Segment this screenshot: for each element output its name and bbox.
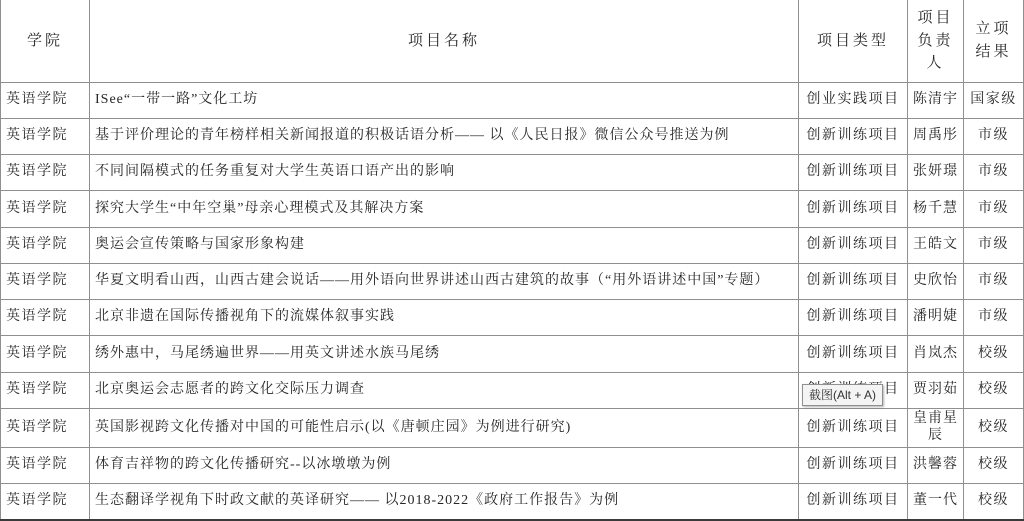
cell-project-name: 北京非遗在国际传播视角下的流媒体叙事实践 <box>90 300 799 336</box>
column-header-project-name: 项目名称 <box>90 0 799 82</box>
table-row: 英语学院 生态翻译学视角下时政文献的英译研究—— 以2018-2022《政府工作… <box>1 484 1024 520</box>
cell-result: 市级 <box>964 155 1024 191</box>
cell-project-name: 奥运会宣传策略与国家形象构建 <box>90 227 799 263</box>
cell-project-name: ISee“一带一路”文化工坊 <box>90 82 799 118</box>
cell-project-type: 创业实践项目 <box>799 82 908 118</box>
cell-result: 校级 <box>964 447 1024 483</box>
cell-leader: 张妍璟 <box>908 155 964 191</box>
cell-project-name: 华夏文明看山西，山西古建会说话——用外语向世界讲述山西古建筑的故事（“用外语讲述… <box>90 263 799 299</box>
cell-college: 英语学院 <box>1 263 90 299</box>
cell-project-type: 创新训练项目 <box>799 300 908 336</box>
cell-project-name: 体育吉祥物的跨文化传播研究--以冰墩墩为例 <box>90 447 799 483</box>
table-row: 英语学院 探究大学生“中年空巢”母亲心理模式及其解决方案 创新训练项目 杨千慧 … <box>1 191 1024 227</box>
cell-college: 英语学院 <box>1 484 90 520</box>
cell-college: 英语学院 <box>1 118 90 154</box>
page: 学院 项目名称 项目类型 项目负责人 立项结果 英语学院 ISee“一带一路”文… <box>0 0 1024 521</box>
cell-project-name: 基于评价理论的青年榜样相关新闻报道的积极话语分析—— 以《人民日报》微信公众号推… <box>90 118 799 154</box>
cell-college: 英语学院 <box>1 447 90 483</box>
cell-project-name: 绣外惠中，马尾绣遍世界——用英文讲述水族马尾绣 <box>90 336 799 372</box>
column-header-result: 立项结果 <box>964 0 1024 82</box>
cell-college: 英语学院 <box>1 155 90 191</box>
cell-project-type: 创新训练项目 <box>799 263 908 299</box>
table-header: 学院 项目名称 项目类型 项目负责人 立项结果 <box>1 0 1024 82</box>
cell-college: 英语学院 <box>1 336 90 372</box>
table-row: 英语学院 体育吉祥物的跨文化传播研究--以冰墩墩为例 创新训练项目 洪馨蓉 校级 <box>1 447 1024 483</box>
cell-result: 校级 <box>964 409 1024 448</box>
cell-college: 英语学院 <box>1 409 90 448</box>
cell-result: 市级 <box>964 191 1024 227</box>
cell-result: 市级 <box>964 300 1024 336</box>
table-body: 英语学院 ISee“一带一路”文化工坊 创业实践项目 陈清宇 国家级 英语学院 … <box>1 82 1024 520</box>
cell-college: 英语学院 <box>1 372 90 408</box>
cell-project-name: 英国影视跨文化传播对中国的可能性启示(以《唐顿庄园》为例进行研究) <box>90 409 799 448</box>
cell-project-type: 创新训练项目 <box>799 336 908 372</box>
column-header-leader: 项目负责人 <box>908 0 964 82</box>
cell-college: 英语学院 <box>1 191 90 227</box>
cell-leader: 董一代 <box>908 484 964 520</box>
projects-table: 学院 项目名称 项目类型 项目负责人 立项结果 英语学院 ISee“一带一路”文… <box>0 0 1024 521</box>
cell-leader: 潘明婕 <box>908 300 964 336</box>
cell-project-type: 创新训练项目 <box>799 191 908 227</box>
cell-leader: 贾羽茹 <box>908 372 964 408</box>
table-row: 英语学院 绣外惠中，马尾绣遍世界——用英文讲述水族马尾绣 创新训练项目 肖岚杰 … <box>1 336 1024 372</box>
cell-project-type: 创新训练项目 <box>799 484 908 520</box>
cell-leader: 史欣怡 <box>908 263 964 299</box>
cell-project-type: 创新训练项目 <box>799 155 908 191</box>
cell-project-name: 不同间隔模式的任务重复对大学生英语口语产出的影响 <box>90 155 799 191</box>
cell-result: 校级 <box>964 336 1024 372</box>
table-row: 英语学院 奥运会宣传策略与国家形象构建 创新训练项目 王皓文 市级 <box>1 227 1024 263</box>
cell-result: 国家级 <box>964 82 1024 118</box>
cell-leader: 皇甫星辰 <box>908 409 964 448</box>
cell-project-name: 探究大学生“中年空巢”母亲心理模式及其解决方案 <box>90 191 799 227</box>
column-header-project-type: 项目类型 <box>799 0 908 82</box>
column-header-college: 学院 <box>1 0 90 82</box>
cell-leader: 王皓文 <box>908 227 964 263</box>
table-row: 英语学院 基于评价理论的青年榜样相关新闻报道的积极话语分析—— 以《人民日报》微… <box>1 118 1024 154</box>
screenshot-tooltip: 截图(Alt + A) <box>802 384 883 406</box>
cell-project-type: 创新训练项目 <box>799 447 908 483</box>
cell-result: 市级 <box>964 263 1024 299</box>
cell-project-name: 生态翻译学视角下时政文献的英译研究—— 以2018-2022《政府工作报告》为例 <box>90 484 799 520</box>
cell-leader: 陈清宇 <box>908 82 964 118</box>
cell-leader: 洪馨蓉 <box>908 447 964 483</box>
cell-college: 英语学院 <box>1 300 90 336</box>
cell-project-type: 创新训练项目 <box>799 118 908 154</box>
cell-college: 英语学院 <box>1 227 90 263</box>
cell-result: 校级 <box>964 372 1024 408</box>
cell-result: 市级 <box>964 227 1024 263</box>
table-row: 英语学院 华夏文明看山西，山西古建会说话——用外语向世界讲述山西古建筑的故事（“… <box>1 263 1024 299</box>
cell-result: 校级 <box>964 484 1024 520</box>
table-row: 英语学院 北京非遗在国际传播视角下的流媒体叙事实践 创新训练项目 潘明婕 市级 <box>1 300 1024 336</box>
cell-leader: 肖岚杰 <box>908 336 964 372</box>
cell-project-type: 创新训练项目 <box>799 227 908 263</box>
cell-result: 市级 <box>964 118 1024 154</box>
cell-project-name: 北京奥运会志愿者的跨文化交际压力调查 <box>90 372 799 408</box>
table-row: 英语学院 英国影视跨文化传播对中国的可能性启示(以《唐顿庄园》为例进行研究) 创… <box>1 409 1024 448</box>
table-row: 英语学院 不同间隔模式的任务重复对大学生英语口语产出的影响 创新训练项目 张妍璟… <box>1 155 1024 191</box>
cell-leader: 杨千慧 <box>908 191 964 227</box>
cell-leader: 周禹彤 <box>908 118 964 154</box>
cell-project-type: 创新训练项目 <box>799 409 908 448</box>
cell-college: 英语学院 <box>1 82 90 118</box>
header-row: 学院 项目名称 项目类型 项目负责人 立项结果 <box>1 0 1024 82</box>
table-row: 英语学院 ISee“一带一路”文化工坊 创业实践项目 陈清宇 国家级 <box>1 82 1024 118</box>
